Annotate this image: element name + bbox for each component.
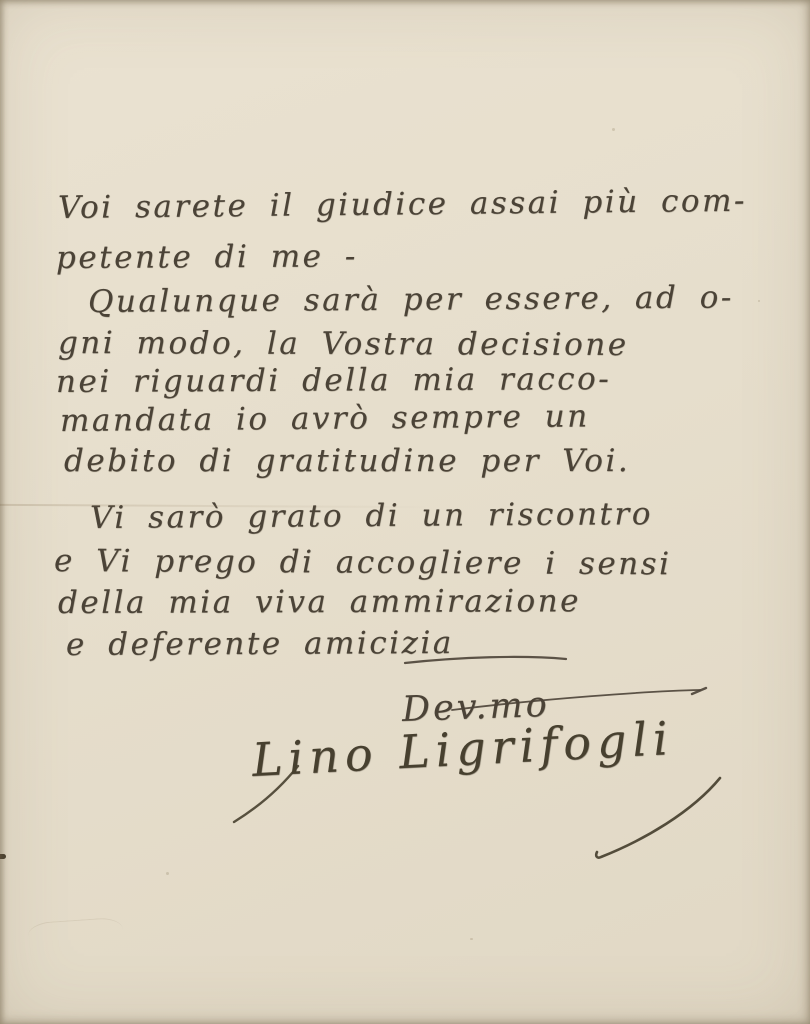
- letter-line-9: e Vi prego di accogliere i sensi: [54, 543, 672, 582]
- paper-freckle: [470, 938, 473, 940]
- paper-crease-bottom: [27, 917, 124, 949]
- paper-freckle: [166, 872, 169, 875]
- letter-line-8: Vi sarò grato di un riscontro: [90, 496, 653, 536]
- scanned-letter-page: Voi sarete il giudice assai più com- pet…: [0, 0, 810, 1024]
- valediction-overline-hook: [692, 688, 706, 694]
- letter-line-6: mandata io avrò sempre un: [60, 398, 590, 439]
- letter-line-11: e deferente amicizia: [66, 625, 454, 663]
- paper-freckle: [758, 300, 760, 302]
- letter-line-7: debito di gratitudine per Voi.: [64, 443, 630, 479]
- letter-line-3: Qualunque sarà per essere, ad o-: [88, 279, 734, 320]
- letter-line-5: nei riguardi della mia racco-: [56, 361, 611, 400]
- left-edge-speck: [0, 854, 6, 859]
- paper-freckle: [612, 128, 615, 131]
- letter-line-4: gni modo, la Vostra decisione: [58, 325, 629, 363]
- letter-line-1: Voi sarete il giudice assai più com-: [58, 183, 747, 226]
- letter-line-10: della mia viva ammirazione: [58, 583, 581, 621]
- letter-line-2: petente di me -: [56, 238, 358, 276]
- signature: Lino Ligrifogli: [251, 711, 675, 787]
- signature-tail-flourish: [596, 778, 720, 858]
